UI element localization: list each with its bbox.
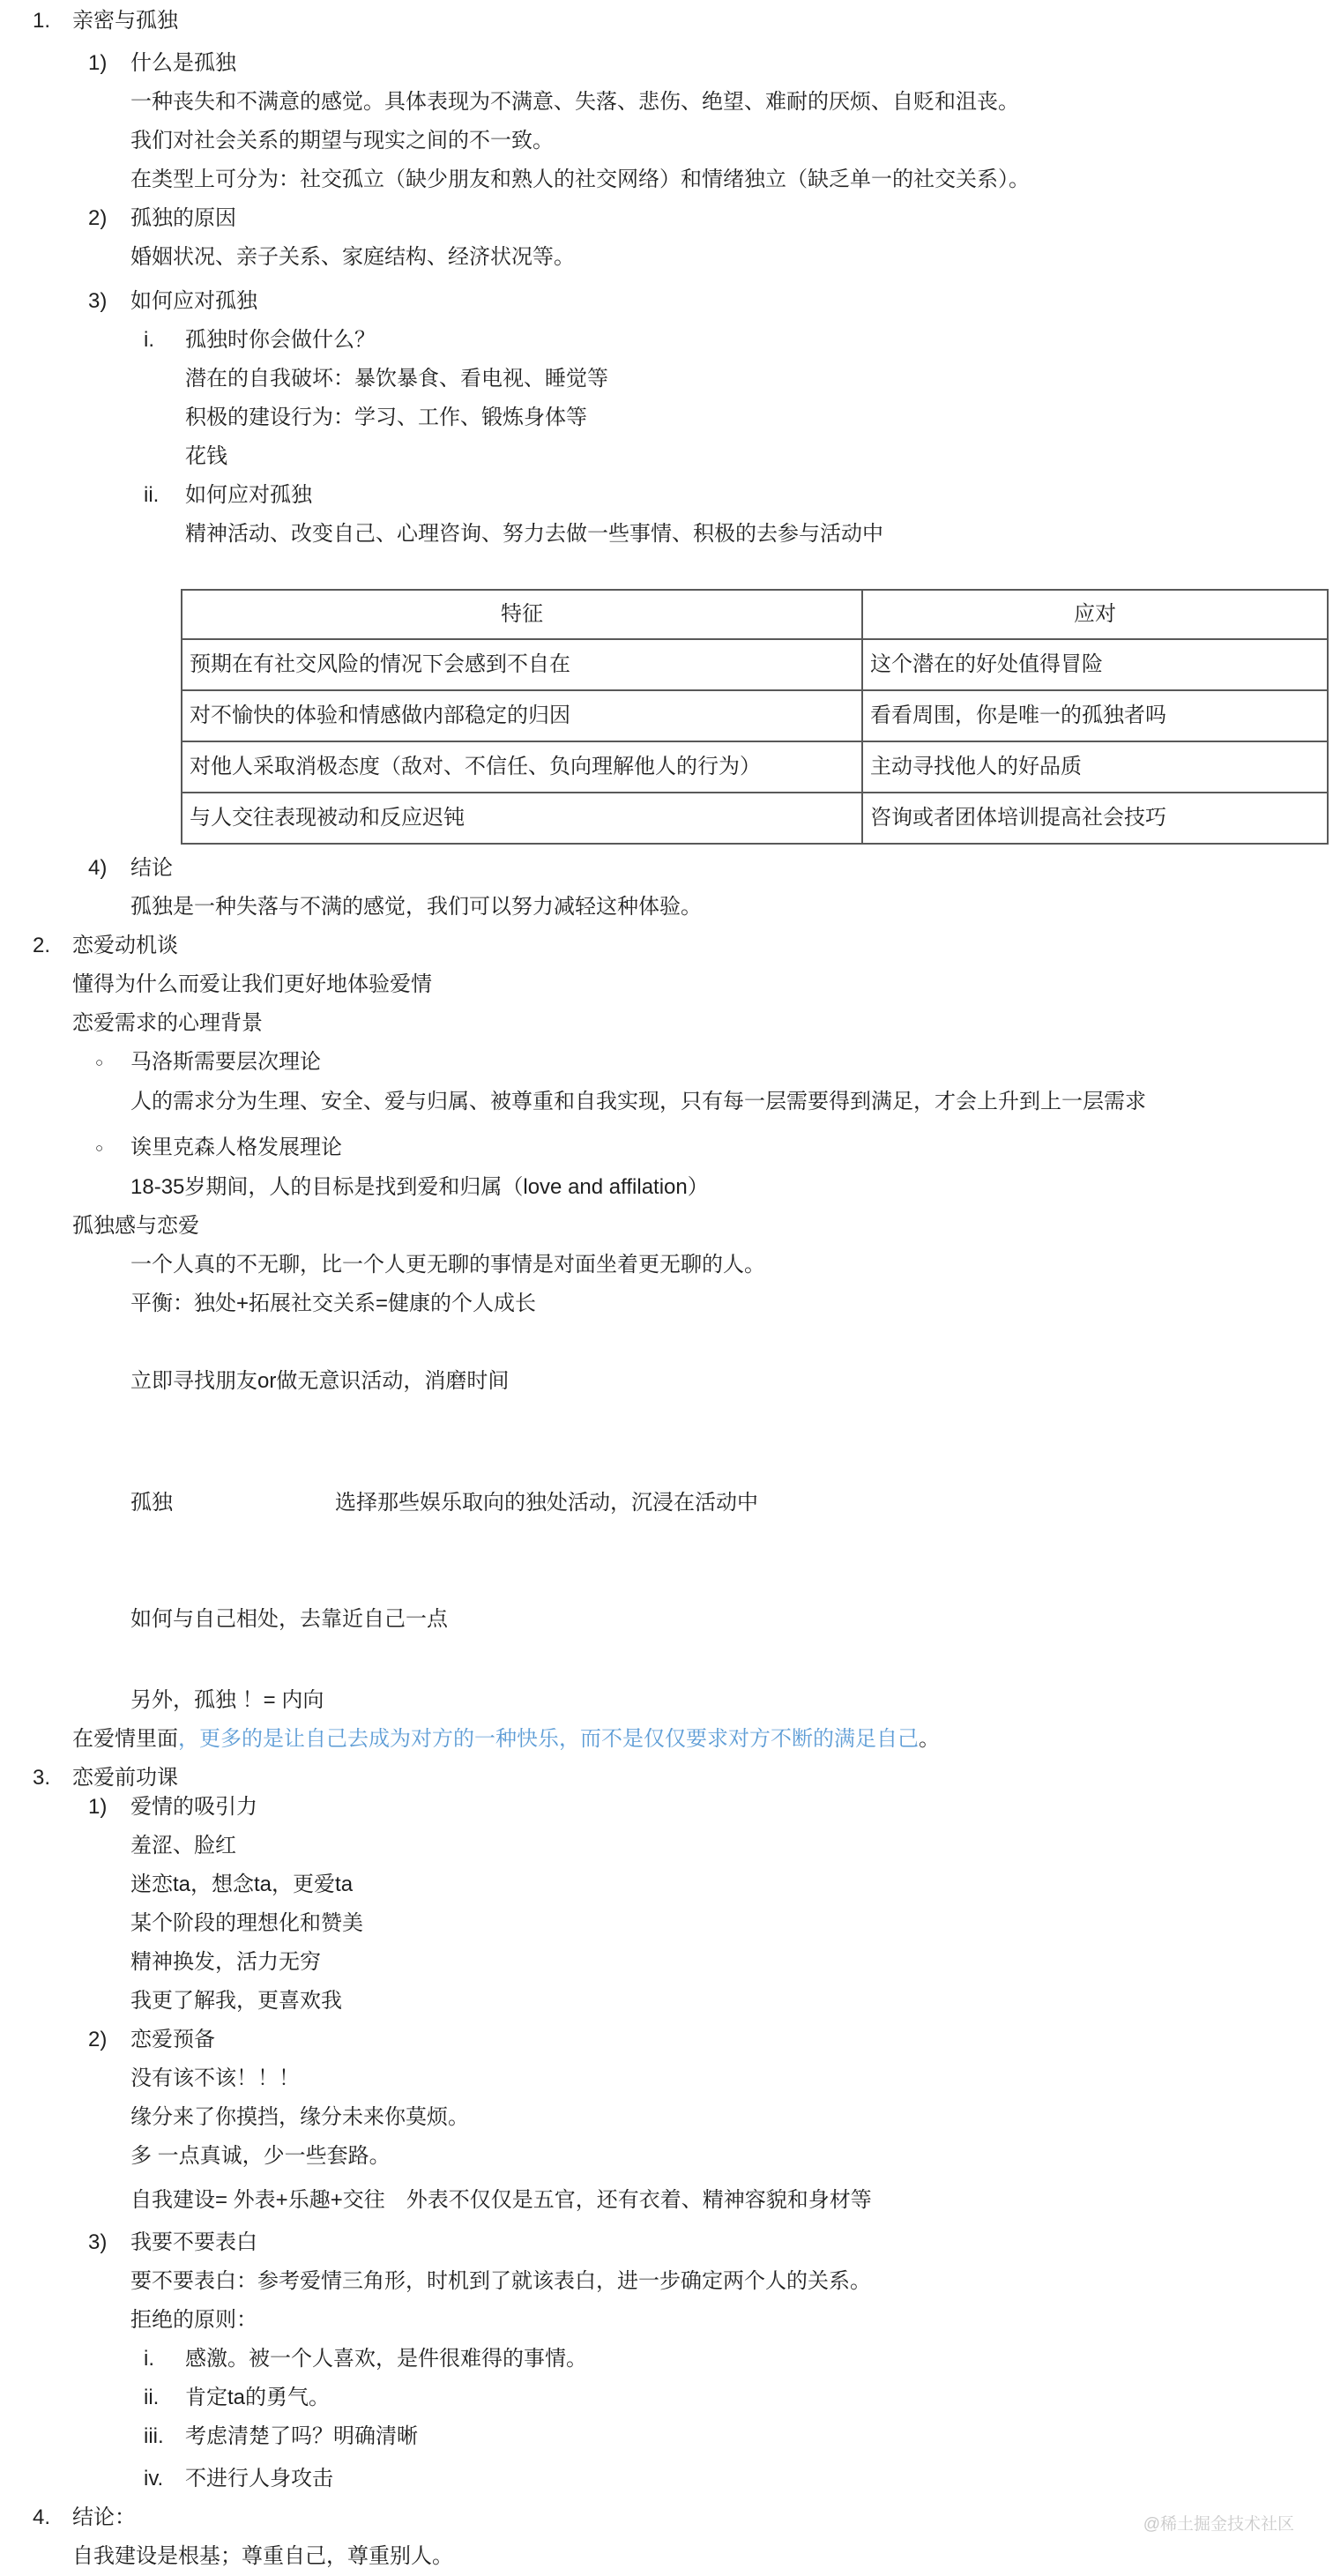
s3-roman1-item: i.感激。被一个人喜欢，是件很难得的事情。	[0, 2340, 1333, 2379]
s2-bullet2-heading: ○诶里克森人格发展理论	[0, 1128, 1333, 1168]
s3-roman3-number: iii.	[144, 2417, 185, 2456]
s2-highlight-period: 。	[919, 1727, 940, 1751]
s1-item3-number: 3)	[88, 282, 130, 321]
s2-highlight-line: 在爱情里面，更多的是让自己去成为对方的一种快乐，而不是仅仅要求对方不断的满足自己…	[0, 1720, 1333, 1759]
section4-heading: 4.结论：	[0, 2498, 1333, 2537]
s3-item1-paragraph: 精神换发，活力无穷	[0, 1943, 1333, 1982]
site-watermark: @稀土掘金技术社区	[1143, 2514, 1294, 2535]
s4-paragraph: 自我建设是根基；尊重自己，尊重别人。	[0, 2537, 1333, 2576]
s3-roman4-text: 不进行人身攻击	[185, 2467, 333, 2490]
s3-item3-paragraph: 要不要表白：参考爱情三角形，时机到了就该表白，进一步确定两个人的关系。	[0, 2262, 1333, 2301]
table-row: 与人交往表现被动和反应迟钝 咨询或者团体培训提高社会技巧	[182, 793, 1328, 844]
s3-roman3-text: 考虑清楚了吗？明确清晰	[185, 2424, 418, 2448]
s3-item2-paragraph: 缘分来了你摸挡，缘分未来你莫烦。	[0, 2098, 1333, 2137]
blank-line	[0, 1401, 1333, 1440]
s3-roman2-item: ii.肯定ta的勇气。	[0, 2379, 1333, 2417]
s3-item2-number: 2)	[88, 2021, 130, 2059]
section1-heading: 1.亲密与孤独	[0, 2, 1333, 41]
table-header-row: 特征 应对	[182, 590, 1328, 639]
s3-item2-paragraph: 没有该不该！！！	[0, 2059, 1333, 2098]
table-cell-feature: 与人交往表现被动和反应迟钝	[182, 793, 862, 844]
blank-line	[0, 1561, 1333, 1600]
s2-bullet1-title: 马洛斯需要层次理论	[130, 1050, 321, 1074]
s2-activity-text: 选择那些娱乐取向的独处活动，沉浸在活动中	[335, 1491, 758, 1515]
blank-line	[0, 1440, 1333, 1478]
section2-title: 恋爱动机谈	[72, 934, 178, 957]
section4-title: 结论：	[72, 2505, 136, 2529]
s3-item3-number: 3)	[88, 2223, 130, 2262]
s2-bullet1-heading: ○马洛斯需要层次理论	[0, 1043, 1333, 1083]
s3-item1-paragraph: 我更了解我，更喜欢我	[0, 1982, 1333, 2021]
s2-paragraph: 一个人真的不无聊，比一个人更无聊的事情是对面坐着更无聊的人。	[0, 1246, 1333, 1284]
s2-subheading: 孤独感与恋爱	[0, 1207, 1333, 1246]
s1-item1-title: 什么是孤独	[130, 51, 236, 75]
s3-item1-paragraph: 迷恋ta，想念ta，更爱ta	[0, 1865, 1333, 1904]
s3-item1-heading: 1)爱情的吸引力	[0, 1788, 1333, 1827]
s1-item2-heading: 2)孤独的原因	[0, 199, 1333, 238]
s1-item4-title: 结论	[130, 856, 173, 880]
s3-item2-paragraph: 自我建设= 外表+乐趣+交往 外表不仅仅是五官，还有衣着、精神容貌和身材等	[0, 2181, 1333, 2220]
s3-item2-heading: 2)恋爱预备	[0, 2021, 1333, 2059]
table-row: 预期在有社交风险的情况下会感到不自在 这个潜在的好处值得冒险	[182, 639, 1328, 690]
document-page: 1.亲密与孤独 1)什么是孤独 一种丧失和不满意的感觉。具体表现为不满意、失落、…	[0, 0, 1333, 2576]
table-header-feature: 特征	[182, 590, 862, 639]
s1-roman2-paragraph: 精神活动、改变自己、心理咨询、努力去做一些事情、积极的去参与活动中	[0, 515, 1333, 554]
blank-line	[0, 1323, 1333, 1362]
s3-roman2-number: ii.	[144, 2379, 185, 2417]
table-row: 对不愉快的体验和情感做内部稳定的归因 看看周围，你是唯一的孤独者吗	[182, 690, 1328, 741]
section3-number: 3.	[33, 1759, 72, 1798]
s2-two-column-line: 孤独选择那些娱乐取向的独处活动，沉浸在活动中	[0, 1484, 1333, 1523]
s2-paragraph: 另外，孤独 ！= 内向	[0, 1681, 1333, 1720]
s2-bullet2-title: 诶里克森人格发展理论	[130, 1135, 342, 1159]
s3-roman2-text: 肯定ta的勇气。	[185, 2386, 330, 2409]
s1-item4-heading: 4)结论	[0, 849, 1333, 888]
s3-roman4-item: iv.不进行人身攻击	[0, 2460, 1333, 2498]
s1-item2-number: 2)	[88, 199, 130, 238]
s1-roman1-heading: i.孤独时你会做什么？	[0, 321, 1333, 360]
table-header-response: 应对	[862, 590, 1328, 639]
table-cell-response: 看看周围，你是唯一的孤独者吗	[862, 690, 1328, 741]
s3-item1-paragraph: 某个阶段的理想化和赞美	[0, 1904, 1333, 1943]
s1-roman2-title: 如何应对孤独	[185, 483, 312, 507]
s3-item1-paragraph: 羞涩、脸红	[0, 1827, 1333, 1865]
s3-roman1-number: i.	[144, 2340, 185, 2379]
table-cell-response: 咨询或者团体培训提高社会技巧	[862, 793, 1328, 844]
s3-roman4-number: iv.	[144, 2460, 185, 2498]
s1-item1-number: 1)	[88, 44, 130, 83]
s1-item2-paragraph: 婚姻状况、亲子关系、家庭结构、经济状况等。	[0, 238, 1333, 277]
s2-paragraph: 如何与自己相处，去靠近自己一点	[0, 1600, 1333, 1639]
section1-title: 亲密与孤独	[72, 9, 178, 33]
table-cell-response: 主动寻找他人的好品质	[862, 741, 1328, 793]
blank-line	[0, 1639, 1333, 1678]
circle-bullet-icon: ○	[95, 1044, 130, 1083]
s3-roman3-item: iii.考虑清楚了吗？明确清晰	[0, 2417, 1333, 2456]
table-cell-feature: 预期在有社交风险的情况下会感到不自在	[182, 639, 862, 690]
s3-item3-heading: 3)我要不要表白	[0, 2223, 1333, 2262]
s2-paragraph: 恋爱需求的心理背景	[0, 1004, 1333, 1043]
s3-item1-title: 爱情的吸引力	[130, 1795, 257, 1819]
circle-bullet-icon: ○	[95, 1129, 130, 1168]
section1-number: 1.	[33, 2, 72, 41]
s1-roman1-paragraph: 潜在的自我破坏：暴饮暴食、看电视、睡觉等	[0, 360, 1333, 398]
s1-roman1-paragraph: 花钱	[0, 437, 1333, 476]
s3-item1-number: 1)	[88, 1788, 130, 1827]
s2-bullet1-paragraph: 人的需求分为生理、安全、爱与归属、被尊重和自我实现，只有每一层需要得到满足，才会…	[0, 1083, 1333, 1121]
s1-item1-paragraph: 我们对社会关系的期望与现实之间的不一致。	[0, 122, 1333, 160]
s1-roman1-paragraph: 积极的建设行为：学习、工作、锻炼身体等	[0, 398, 1333, 437]
s3-item2-title: 恋爱预备	[130, 2028, 215, 2051]
s1-roman1-number: i.	[144, 321, 185, 360]
section2-heading: 2.恋爱动机谈	[0, 927, 1333, 965]
section2-number: 2.	[33, 927, 72, 965]
blank-line	[0, 1523, 1333, 1561]
s1-item1-heading: 1)什么是孤独	[0, 44, 1333, 83]
s3-item3-title: 我要不要表白	[130, 2230, 257, 2254]
section4-number: 4.	[33, 2498, 72, 2537]
s2-paragraph: 平衡：独处+拓展社交关系=健康的个人成长	[0, 1284, 1333, 1323]
table-cell-feature: 对他人采取消极态度（敌对、不信任、负向理解他人的行为）	[182, 741, 862, 793]
table-cell-response: 这个潜在的好处值得冒险	[862, 639, 1328, 690]
s1-item1-paragraph: 一种丧失和不满意的感觉。具体表现为不满意、失落、悲伤、绝望、难耐的厌烦、自贬和沮…	[0, 83, 1333, 122]
table-cell-feature: 对不愉快的体验和情感做内部稳定的归因	[182, 690, 862, 741]
s2-bullet2-paragraph: 18-35岁期间，人的目标是找到爱和归属（love and affilation…	[0, 1168, 1333, 1207]
section3-title: 恋爱前功课	[72, 1766, 178, 1790]
s3-item3-paragraph: 拒绝的原则：	[0, 2301, 1333, 2340]
s1-item4-number: 4)	[88, 849, 130, 888]
s1-item2-title: 孤独的原因	[130, 206, 236, 230]
s1-roman1-title: 孤独时你会做什么？	[185, 328, 376, 352]
s2-paragraph: 立即寻找朋友or做无意识活动，消磨时间	[0, 1362, 1333, 1401]
s2-highlight-prefix: 在爱情里面	[72, 1727, 178, 1751]
s1-item1-paragraph: 在类型上可分为：社交孤立（缺少朋友和熟人的社交网络）和情绪独立（缺乏单一的社交关…	[0, 160, 1333, 199]
table-row: 对他人采取消极态度（敌对、不信任、负向理解他人的行为） 主动寻找他人的好品质	[182, 741, 1328, 793]
loneliness-coping-table: 特征 应对 预期在有社交风险的情况下会感到不自在 这个潜在的好处值得冒险 对不愉…	[181, 589, 1329, 845]
s1-item3-heading: 3)如何应对孤独	[0, 282, 1333, 321]
s3-item2-paragraph: 多 一点真诚，少一些套路。	[0, 2137, 1333, 2176]
s1-roman2-number: ii.	[144, 476, 185, 515]
s1-item4-paragraph: 孤独是一种失落与不满的感觉，我们可以努力减轻这种体验。	[0, 888, 1333, 927]
s2-paragraph: 懂得为什么而爱让我们更好地体验爱情	[0, 965, 1333, 1004]
s2-loneliness-label: 孤独	[130, 1491, 173, 1515]
s3-roman1-text: 感激。被一个人喜欢，是件很难得的事情。	[185, 2347, 587, 2371]
s1-item3-title: 如何应对孤独	[130, 289, 257, 313]
s2-highlight-blue-text: ，更多的是让自己去成为对方的一种快乐，而不是仅仅要求对方不断的满足自己	[178, 1727, 919, 1751]
s1-roman2-heading: ii.如何应对孤独	[0, 476, 1333, 515]
